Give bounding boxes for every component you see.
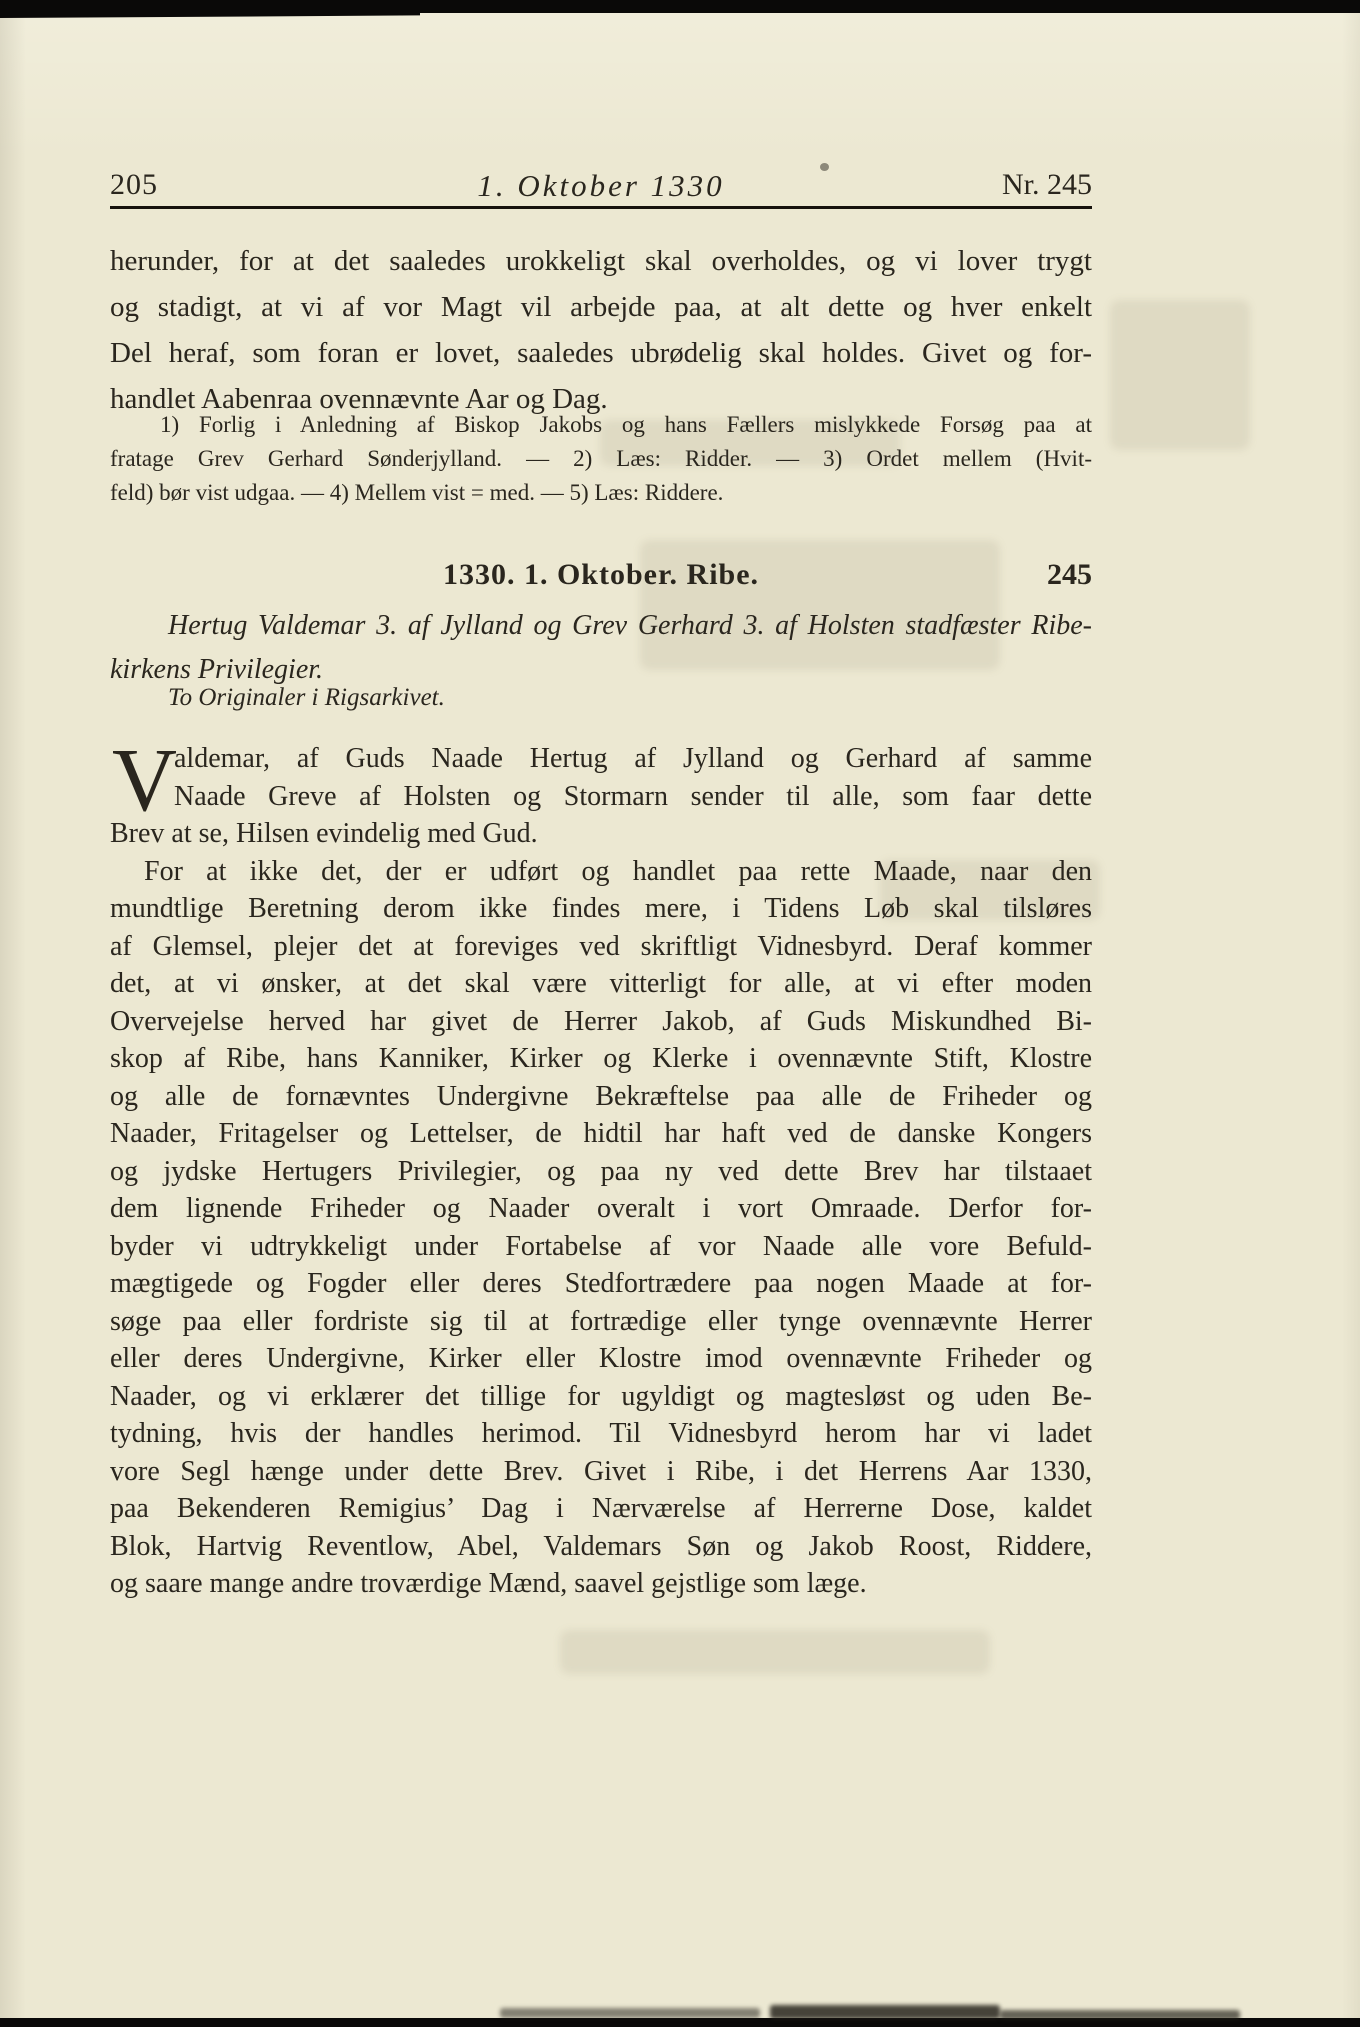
scan-smudge [1000,2010,1240,2020]
summary-line: Hertug Valdemar 3. af Jylland og Grev Ge… [110,604,1092,648]
body-line: Naader, Fritagelser og Lettelser, de hid… [110,1115,1092,1153]
body-line: Blok, Hartvig Reventlow, Abel, Valdemars… [110,1528,1092,1566]
body-line: Brev at se, Hilsen evindelig med Gud. [110,815,1092,853]
body-line: paa Bekenderen Remigius’ Dag i Nærværels… [110,1490,1092,1528]
document-heading: 1330. 1. Oktober. Ribe. [110,558,1092,592]
scan-smudge [500,2008,760,2018]
footnote-line: feld) bør vist udgaa. — 4) Mellem vist =… [110,476,1092,510]
body-line: og alle de fornævntes Undergivne Bekræft… [110,1078,1092,1116]
body-line: aldemar, af Guds Naade Hertug af Jylland… [110,740,1092,778]
show-through-smudge [1110,300,1250,450]
body-line: Naader, og vi erklærer det tillige for u… [110,1378,1092,1416]
footnote-line: fratage Grev Gerhard Sønderjylland. — 2)… [110,442,1092,476]
source-note: To Originaler i Rigsarkivet. [110,684,1092,712]
body-line: skop af Ribe, hans Kanniker, Kirker og K… [110,1040,1092,1078]
previous-document-end: herunder, for at det saaledes urokkeligt… [110,238,1092,422]
running-title: 1. Oktober 1330 [110,168,1092,204]
text-line: herunder, for at det saaledes urokkeligt… [110,238,1092,284]
body-line: og saare mange andre troværdige Mænd, sa… [110,1565,1092,1603]
body-line: For at ikke det, der er udført og handle… [110,853,1092,891]
footnotes: 1) Forlig i Anledning af Biskop Jakobs o… [110,408,1092,510]
body-line: og jydske Hertugers Privilegier, og paa … [110,1153,1092,1191]
body-line: Naade Greve af Holsten og Stormarn sende… [110,778,1092,816]
scan-edge-top-left [0,0,420,18]
document-number: 245 [1047,558,1092,592]
scan-smudge [770,2005,1000,2019]
body-line: mundtlige Beretning derom ikke findes me… [110,890,1092,928]
body-line: Overvejelse herved har givet de Herrer J… [110,1003,1092,1041]
document-body: aldemar, af Guds Naade Hertug af Jylland… [110,740,1092,1603]
body-line: byder vi udtrykkeligt under Fortabelse a… [110,1228,1092,1266]
header-rule [110,206,1092,209]
page-header: 205 1. Oktober 1330 Nr. 245 [110,168,1092,208]
body-line: eller deres Undergivne, Kirker eller Klo… [110,1340,1092,1378]
body-line: tydning, hvis der handles herimod. Til V… [110,1415,1092,1453]
body-line: det, at vi ønsker, at det skal være vitt… [110,965,1092,1003]
show-through-smudge [560,1630,990,1674]
scanned-book-page: 205 1. Oktober 1330 Nr. 245 herunder, fo… [0,0,1360,2027]
body-line: søge paa eller fordriste sig til at fort… [110,1303,1092,1341]
body-line: af Glemsel, plejer det at foreviges ved … [110,928,1092,966]
document-heading-row: 1330. 1. Oktober. Ribe. 245 [110,558,1092,598]
body-line: vore Segl hænge under dette Brev. Givet … [110,1453,1092,1491]
document-summary: Hertug Valdemar 3. af Jylland og Grev Ge… [110,604,1092,692]
text-line: og stadigt, at vi af vor Magt vil arbejd… [110,284,1092,330]
footnote-line: 1) Forlig i Anledning af Biskop Jakobs o… [110,408,1092,442]
body-line: dem lignende Friheder og Naader overalt … [110,1190,1092,1228]
text-line: Del heraf, som foran er lovet, saaledes … [110,330,1092,376]
document-number-header: Nr. 245 [1002,168,1092,202]
body-line: mægtigede og Fogder eller deres Stedfort… [110,1265,1092,1303]
